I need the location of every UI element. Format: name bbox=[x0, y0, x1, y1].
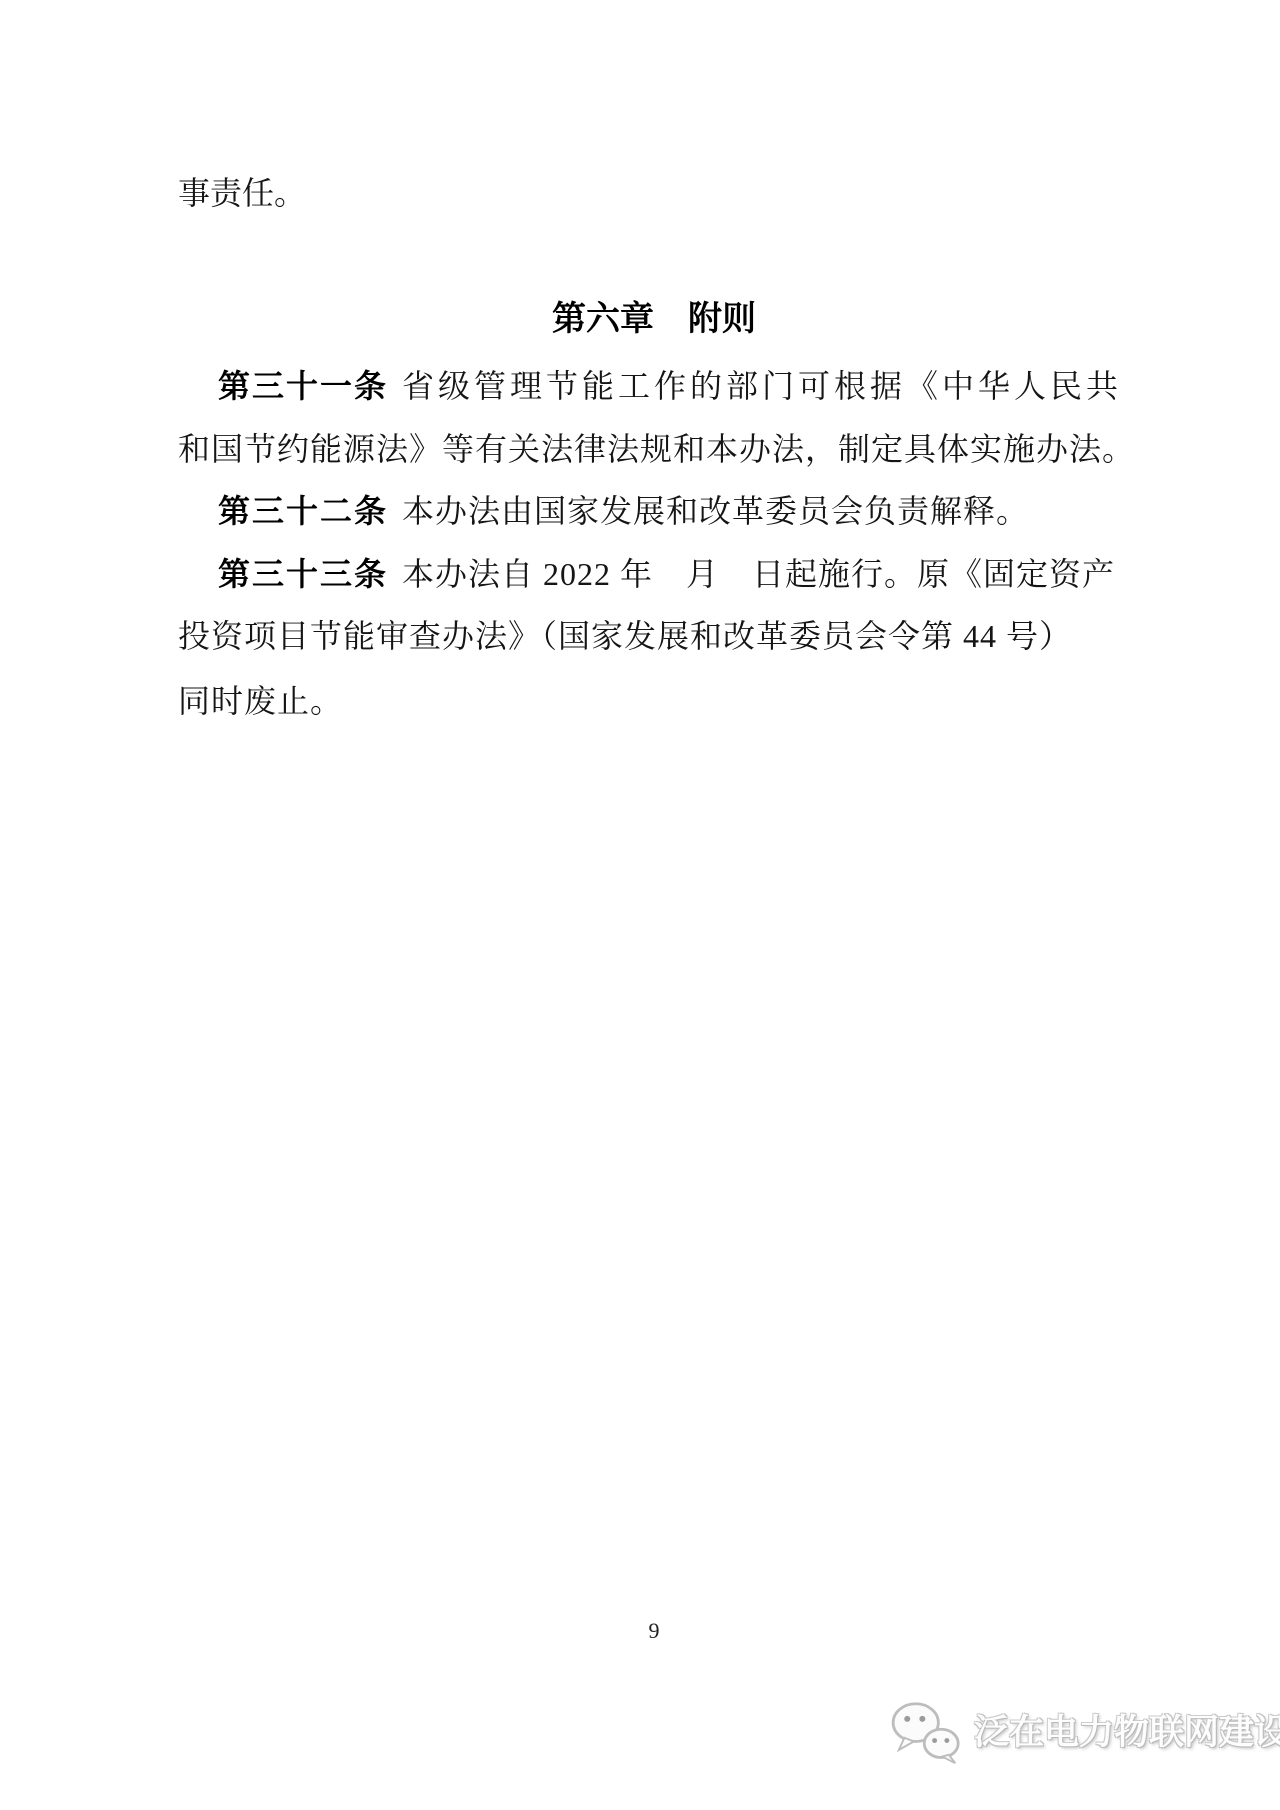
article-32-line-1: 第三十二条本办法由国家发展和改革委员会负责解释。 bbox=[178, 491, 1178, 531]
wechat-chat-bubbles-icon bbox=[890, 1700, 966, 1766]
article-number: 第三十三条 bbox=[218, 556, 388, 592]
body-text: 本办法由国家发展和改革委员会负责解释。 bbox=[402, 493, 1029, 529]
page-number: 9 bbox=[178, 1618, 1130, 1644]
article-number: 第三十一条 bbox=[218, 368, 388, 404]
body-text: 投资项目节能审查办法》（国家发展和改革委员会令第 44 号） bbox=[178, 618, 1072, 654]
article-33-line-1: 第三十三条本办法自 2022 年 月 日起施行。原《固定资产 bbox=[178, 554, 1178, 594]
watermark: 泛在电力物联网建设 bbox=[890, 1700, 1280, 1766]
body-text: 省级管理节能工作的部门可根据《中华人民共 bbox=[402, 368, 1122, 404]
body-line-trailing: 事责任。 bbox=[178, 173, 1138, 213]
article-33-line-3: 同时废止。 bbox=[178, 681, 1138, 721]
body-text: 本办法自 2022 年 月 日起施行。原《固定资产 bbox=[402, 556, 1115, 592]
article-33-line-2: 投资项目节能审查办法》（国家发展和改革委员会令第 44 号） bbox=[178, 616, 1138, 656]
watermark-text: 泛在电力物联网建设 bbox=[974, 1713, 1280, 1753]
chapter-heading: 第六章 附则 bbox=[178, 299, 1130, 339]
article-number: 第三十二条 bbox=[218, 493, 388, 529]
article-31-line-2: 和国节约能源法》等有关法律法规和本办法，制定具体实施办法。 bbox=[178, 429, 1138, 469]
body-text: 事责任。 bbox=[178, 175, 306, 211]
body-text: 和国节约能源法》等有关法律法规和本办法，制定具体实施办法。 bbox=[178, 431, 1135, 467]
body-text: 同时废止。 bbox=[178, 683, 343, 719]
document-page: 事责任。 第六章 附则 第三十一条省级管理节能工作的部门可根据《中华人民共 和国… bbox=[0, 0, 1280, 1810]
article-31-line-1: 第三十一条省级管理节能工作的部门可根据《中华人民共 bbox=[178, 366, 1178, 406]
